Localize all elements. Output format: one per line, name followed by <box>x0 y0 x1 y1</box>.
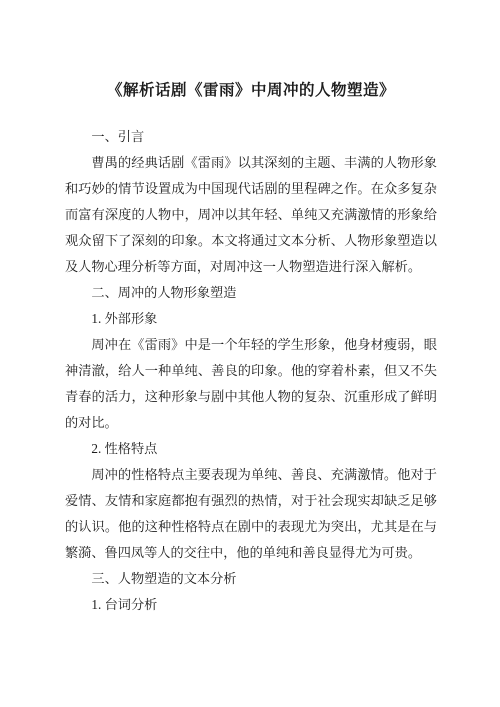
body-paragraph: 周冲在《雷雨》中是一个年轻的学生形象，他身材瘦弱，眼神清澈，给人一种单纯、善良的… <box>65 332 437 436</box>
body-paragraph: 曹禺的经典话剧《雷雨》以其深刻的主题、丰满的人物形象和巧妙的情节设置成为中国现代… <box>65 150 437 280</box>
document-page: 《解析话剧《雷雨》中周冲的人物塑造》 一、引言曹禺的经典话剧《雷雨》以其深刻的主… <box>0 0 500 707</box>
subsection-heading: 1. 外部形象 <box>65 306 437 332</box>
subsection-heading: 1. 台词分析 <box>65 592 437 618</box>
section-heading: 二、周冲的人物形象塑造 <box>65 280 437 306</box>
subsection-heading: 2. 性格特点 <box>65 436 437 462</box>
document-body: 一、引言曹禺的经典话剧《雷雨》以其深刻的主题、丰满的人物形象和巧妙的情节设置成为… <box>65 124 437 618</box>
section-heading: 一、引言 <box>65 124 437 150</box>
section-heading: 三、人物塑造的文本分析 <box>65 566 437 592</box>
body-paragraph: 周冲的性格特点主要表现为单纯、善良、充满激情。他对于爱情、友情和家庭都抱有强烈的… <box>65 462 437 566</box>
document-title: 《解析话剧《雷雨》中周冲的人物塑造》 <box>65 78 437 104</box>
